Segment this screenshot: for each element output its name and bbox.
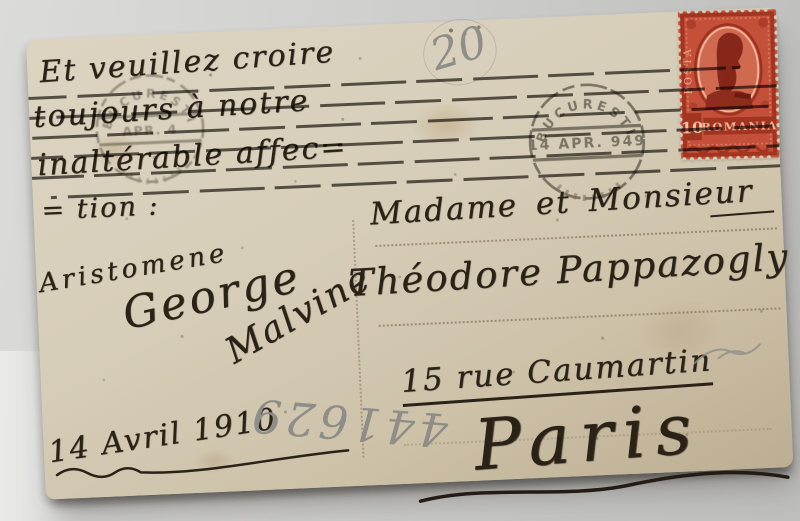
postmark-left: BUCURESTI APR. 4 <box>90 68 211 189</box>
pencil-inventory-number: 441629 <box>256 381 451 466</box>
postmark-right: BUCURESTI 14 APR. 949 <box>522 77 651 206</box>
pencil-scribble-mark <box>687 326 769 375</box>
address-dash-stroke <box>710 210 774 217</box>
postcard: POSTA 10 ROMANIA BUCURESTI APR. 4 <box>26 7 793 499</box>
address-name: Théodore Pappazogly <box>348 235 791 305</box>
paper-specks <box>26 40 28 42</box>
photo-backdrop: POSTA 10 ROMANIA BUCURESTI APR. 4 <box>0 0 800 521</box>
postmark-date-text: APR. 4 <box>122 121 178 138</box>
